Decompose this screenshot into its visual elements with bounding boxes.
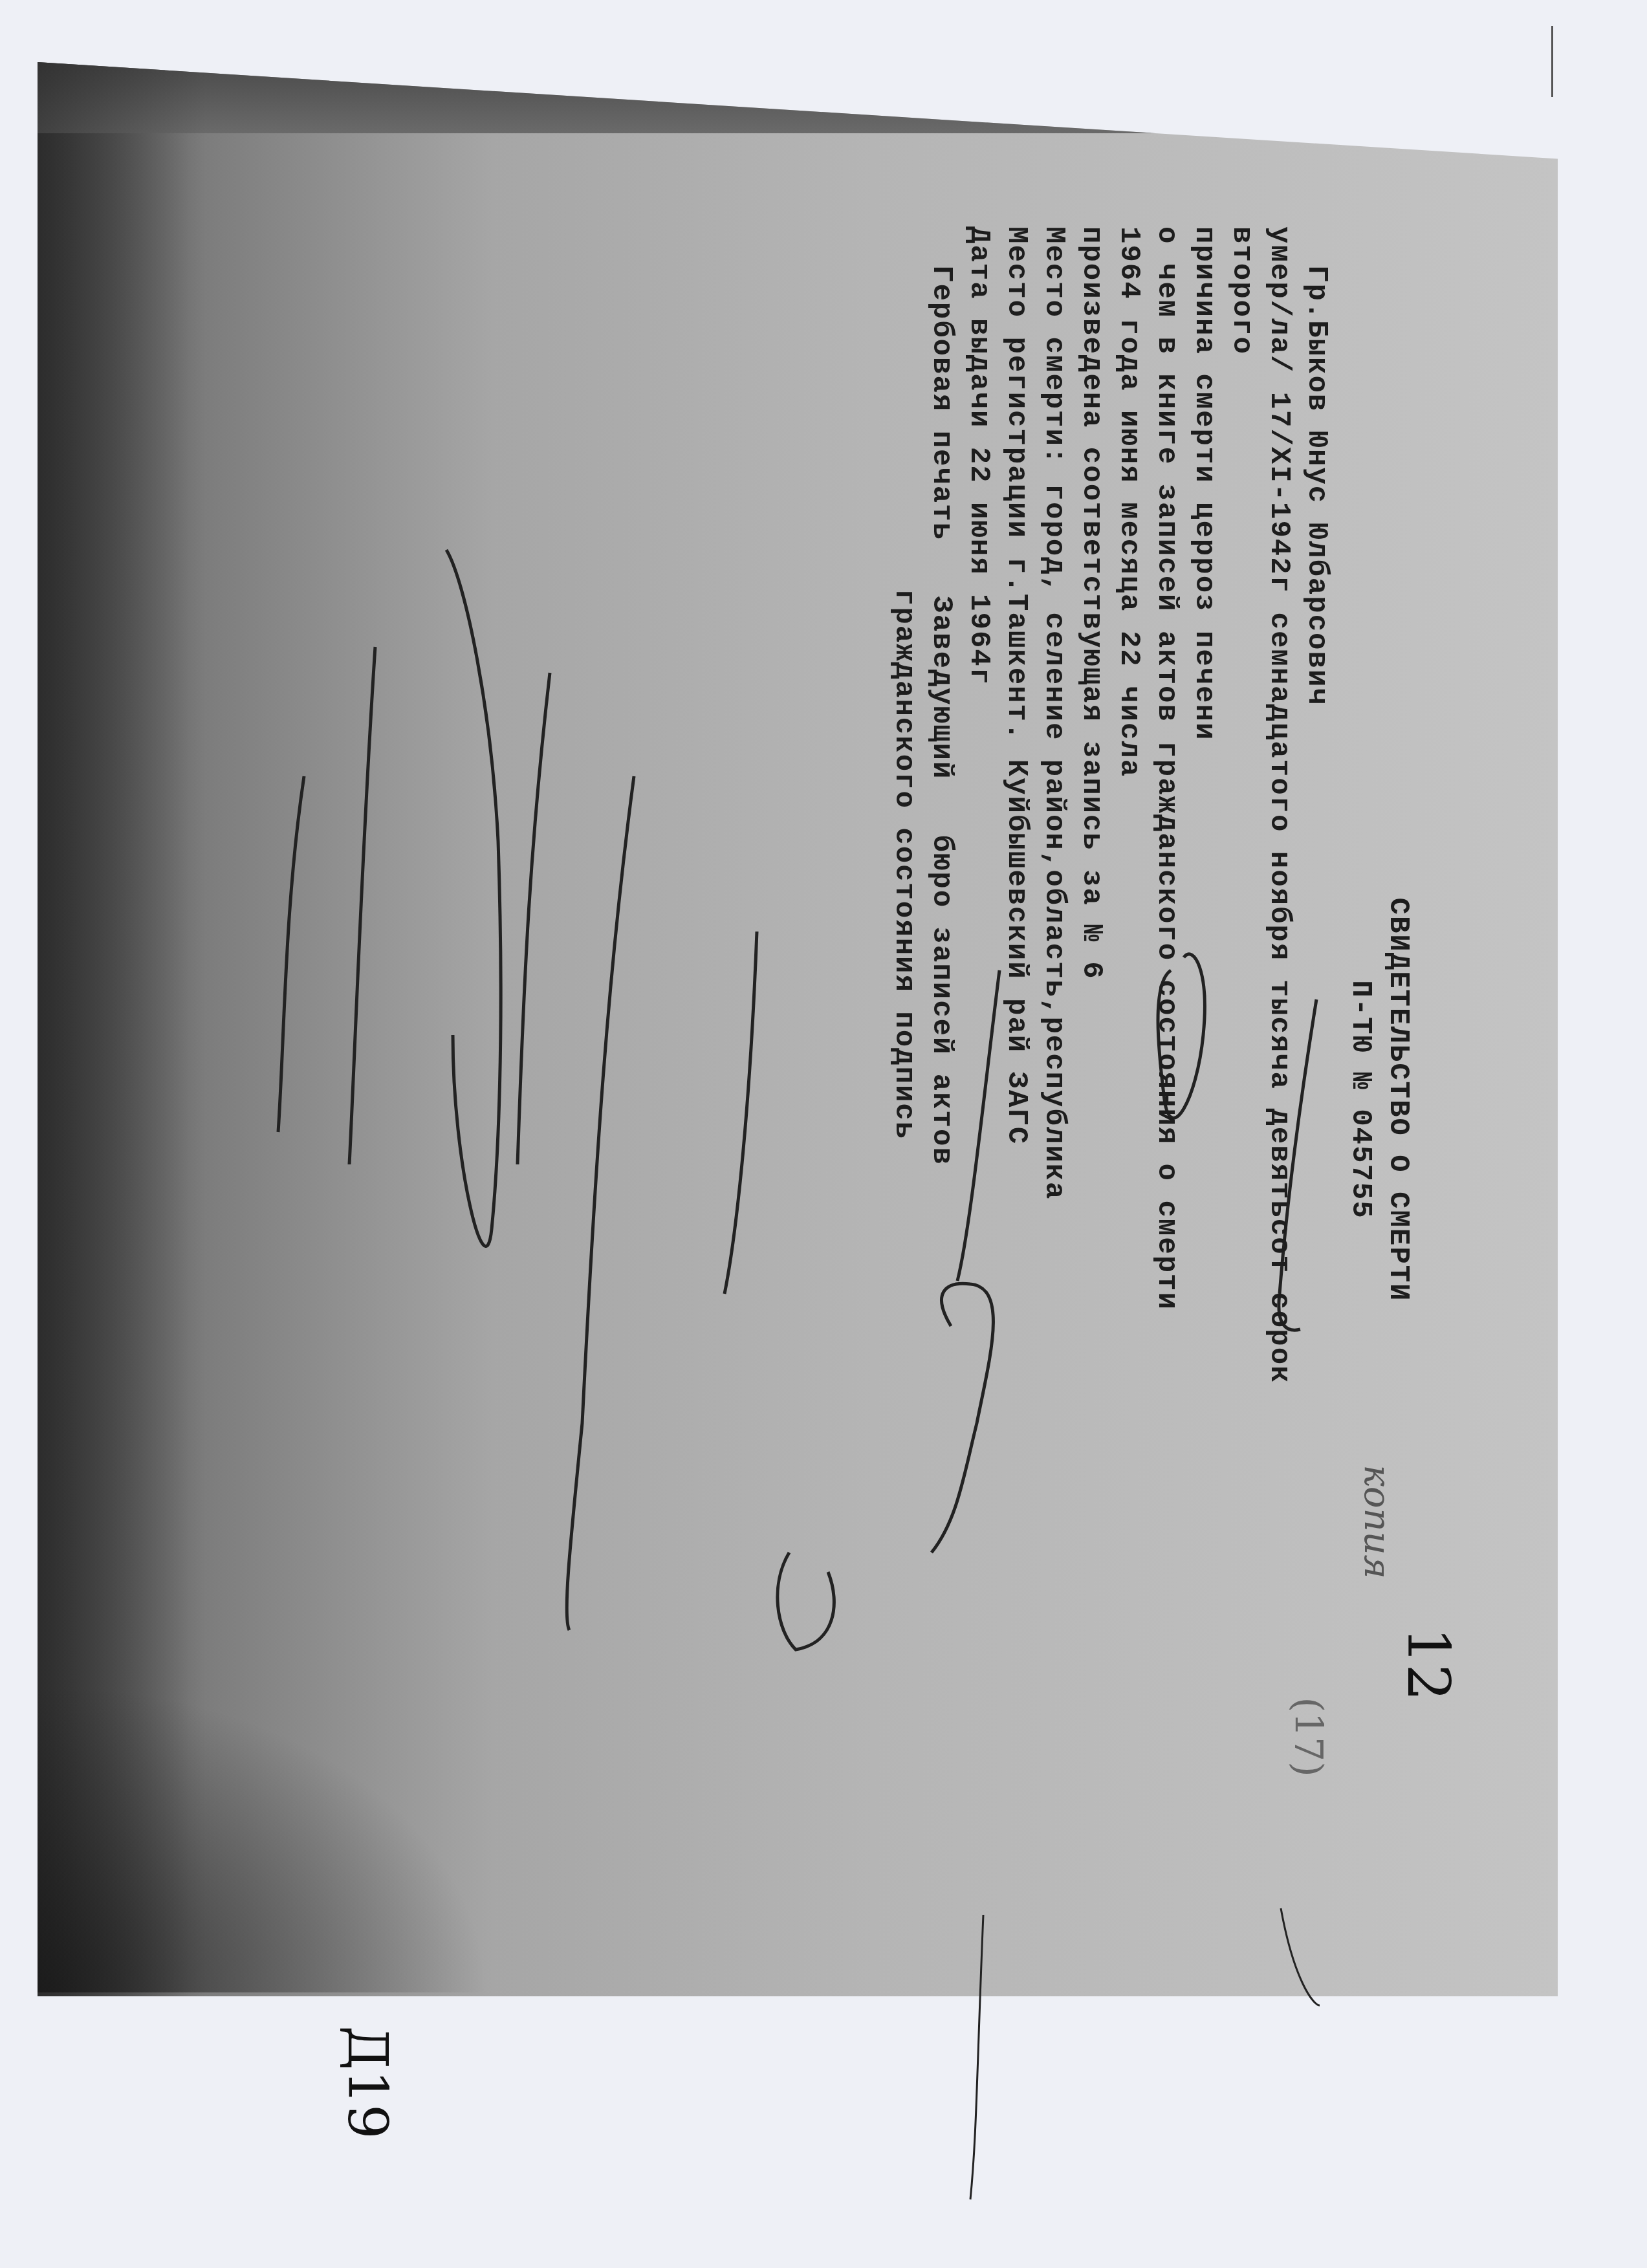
handwritten-circled-number: (17) (1285, 1697, 1331, 1776)
death-date: умер/ла/ 17/XI-1942г семнадцатого ноября… (1260, 226, 1298, 1779)
place-of-registration: Место регистрации г.Ташкент. Куйбышевски… (998, 226, 1035, 1779)
seal-and-signature: Гербовая печать Заведующий бюро записей … (922, 226, 960, 1779)
handwritten-copy-note: копия (1356, 1465, 1398, 1578)
registry-book: о чем в книге записей актов гражданского… (1148, 226, 1185, 1779)
record-number: произведена соответствующая запись за № … (1073, 226, 1110, 1779)
cause-of-death: причина смерти церроз печени (1185, 226, 1223, 1779)
archive-mark: Д19 (336, 2025, 399, 2139)
registry-date: 1964 года июня месяца 22 числа (1110, 226, 1148, 1779)
deceased-name: Гр.Быков Юнус Юлбарсович (1298, 226, 1335, 1779)
handwritten-page-number: 12 (1394, 1627, 1462, 1701)
scan-shadow (38, 1682, 490, 1992)
signature-line: гражданского состояния подпись (885, 226, 922, 1779)
death-date-cont: второго (1223, 226, 1260, 1779)
issue-date: Дата выдачи 22 июня 1964г (960, 226, 998, 1779)
certificate-text: СВИДЕТЕЛЬСТВО О СМЕРТИ П-ТЮ № 045755 Гр.… (640, 226, 1417, 1779)
scan-edge-mark (1551, 26, 1553, 97)
place-of-death: Место смерти: город, селение район,облас… (1035, 226, 1073, 1779)
